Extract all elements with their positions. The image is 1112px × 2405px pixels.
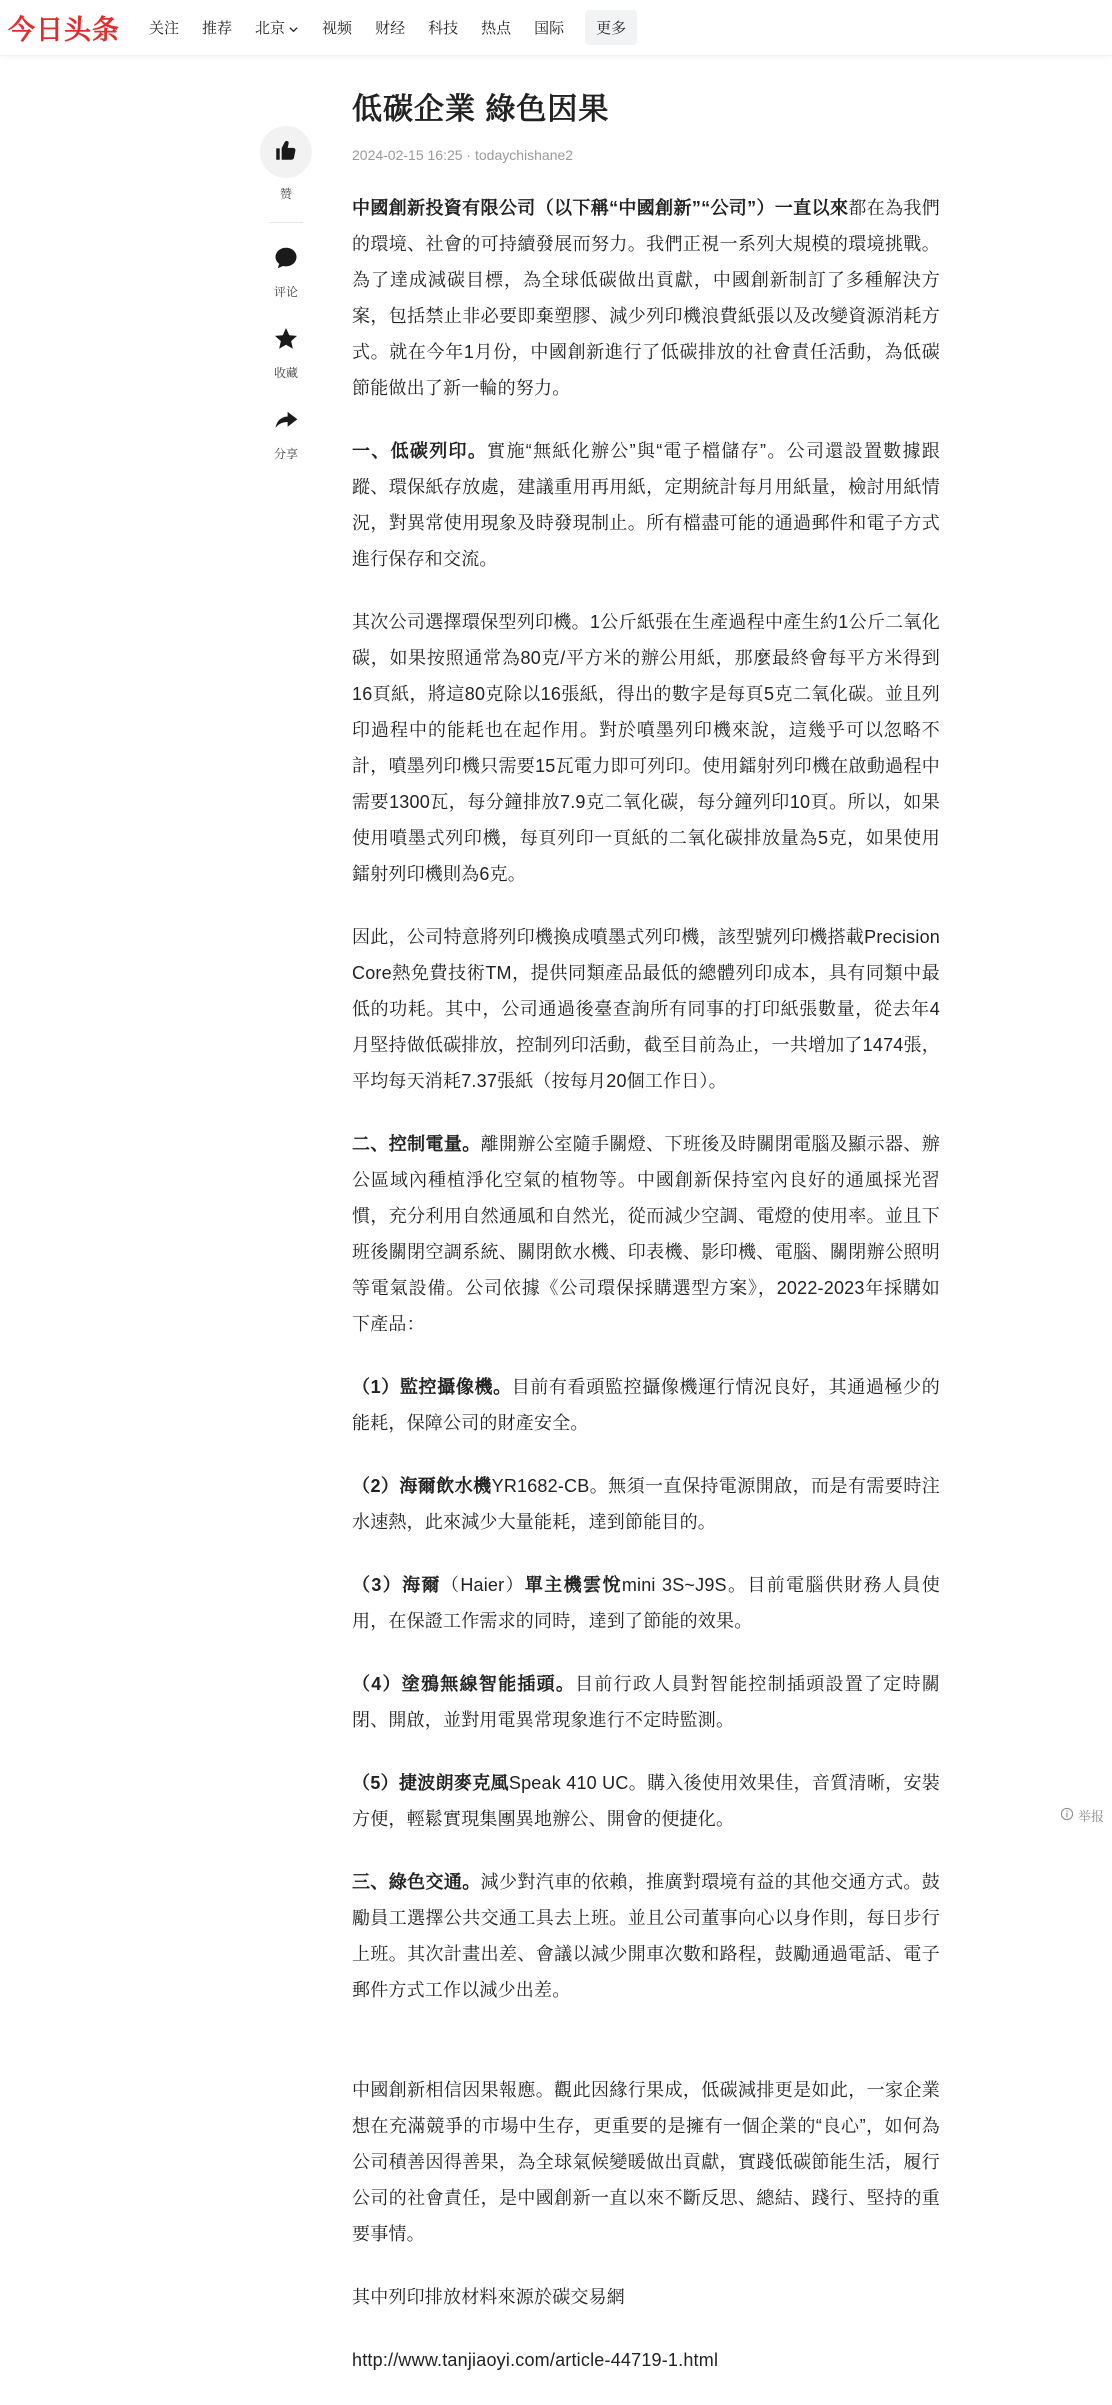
article-paragraph: 三、綠色交通。減少對汽車的依賴，推廣對環境有益的其他交通方式。鼓勵員工選擇公共交… (352, 1864, 940, 2008)
article-paragraph: （2）海爾飲水機YR1682-CB。無須一直保持電源開啟，而是有需要時注水速熱，… (352, 1468, 940, 1540)
article-paragraph: 因此，公司特意將列印機換成噴墨式列印機，該型號列印機搭載Precision Co… (352, 919, 940, 1099)
article: 低碳企業 綠色因果 2024-02-15 16:25 · todaychisha… (352, 84, 940, 2405)
report-button[interactable]: 举报 (1060, 1806, 1104, 1825)
nav-item-international[interactable]: 国际 (532, 10, 566, 45)
nav-item-recommend[interactable]: 推荐 (200, 10, 234, 45)
nav-item-label: 国际 (534, 17, 564, 38)
nav-item-label: 视频 (322, 17, 352, 38)
article-paragraph: （4）塗鴉無線智能插頭。目前行政人員對智能控制插頭設置了定時關閉、開啟，並對用電… (352, 1666, 940, 1738)
nav-item-label: 科技 (428, 17, 458, 38)
article-paragraph: http://www.tanjiaoyi.com/article-44719-1… (352, 2342, 940, 2378)
nav-item-tech[interactable]: 科技 (426, 10, 460, 45)
share-button[interactable]: 分享 (273, 407, 299, 462)
rail-divider (269, 222, 303, 223)
nav-item-label: 热点 (481, 17, 511, 38)
article-paragraph: （5）捷波朗麥克風Speak 410 UC。購入後使用效果佳，音質清晰，安裝方便… (352, 1765, 940, 1837)
like-label: 赞 (280, 185, 292, 202)
chevron-down-icon (288, 22, 299, 33)
top-navbar: 今日头条 关注 推荐 北京 视频 财经 科技 热点 国际 更多 (0, 0, 1112, 56)
favorite-button[interactable]: 收藏 (273, 326, 299, 381)
like-circle[interactable] (260, 126, 312, 178)
article-paragraph: 中國創新投資有限公司（以下稱“中國創新”“公司”）一直以來都在為我們的環境、社會… (352, 190, 940, 406)
nav-item-label: 北京 (255, 17, 285, 38)
nav-item-label: 关注 (149, 17, 179, 38)
article-title: 低碳企業 綠色因果 (352, 84, 940, 128)
nav-item-follow[interactable]: 关注 (147, 10, 181, 45)
article-paragraph: 中國創新相信因果報應。觀此因緣行果成，低碳減排更是如此，一家企業想在充滿競爭的市… (352, 2072, 940, 2252)
nav-item-label: 财经 (375, 17, 405, 38)
nav-item-hot[interactable]: 热点 (479, 10, 513, 45)
thumbs-up-icon (273, 137, 299, 168)
article-meta: 2024-02-15 16:25 · todaychishane2 (352, 147, 940, 163)
comment-icon (273, 245, 299, 276)
article-paragraph: 一、低碳列印。實施“無紙化辦公”與“電子檔儲存”。公司還設置數據跟蹤、環保紙存放… (352, 433, 940, 577)
share-label: 分享 (274, 445, 298, 462)
comment-label: 评论 (274, 283, 298, 300)
nav-item-more[interactable]: 更多 (585, 10, 637, 45)
report-label: 举报 (1078, 1806, 1104, 1825)
nav-item-label: 推荐 (202, 17, 232, 38)
toutiao-logo[interactable]: 今日头条 (8, 8, 120, 47)
nav-item-beijing[interactable]: 北京 (253, 10, 301, 45)
like-button[interactable]: 赞 (260, 126, 312, 202)
action-rail: 赞 评论 收藏 分享 (258, 126, 314, 462)
share-icon (273, 407, 299, 438)
article-paragraph: （3）海爾（Haier）單主機雲悅mini 3S~J9S。目前電腦供財務人員使用… (352, 1567, 940, 1639)
article-paragraph: 其次公司選擇環保型列印機。1公斤紙張在生產過程中產生約1公斤二氧化碳，如果按照通… (352, 604, 940, 892)
article-paragraph: 其中列印排放材料來源於碳交易網 (352, 2279, 940, 2315)
article-body: 中國創新投資有限公司（以下稱“中國創新”“公司”）一直以來都在為我們的環境、社會… (352, 190, 940, 2378)
main-nav: 关注 推荐 北京 视频 财经 科技 热点 国际 更多 (147, 10, 637, 45)
nav-item-label: 更多 (596, 17, 626, 38)
nav-item-finance[interactable]: 财经 (373, 10, 407, 45)
star-icon (273, 326, 299, 357)
article-paragraph: （1）監控攝像機。目前有看頭監控攝像機運行情況良好，其通過極少的能耗，保障公司的… (352, 1369, 940, 1441)
info-icon (1060, 1807, 1074, 1824)
nav-item-video[interactable]: 视频 (320, 10, 354, 45)
article-paragraph: 二、控制電量。離開辦公室隨手關燈、下班後及時關閉電腦及顯示器、辦公區域內種植淨化… (352, 1126, 940, 1342)
comment-button[interactable]: 评论 (273, 245, 299, 300)
favorite-label: 收藏 (274, 364, 298, 381)
